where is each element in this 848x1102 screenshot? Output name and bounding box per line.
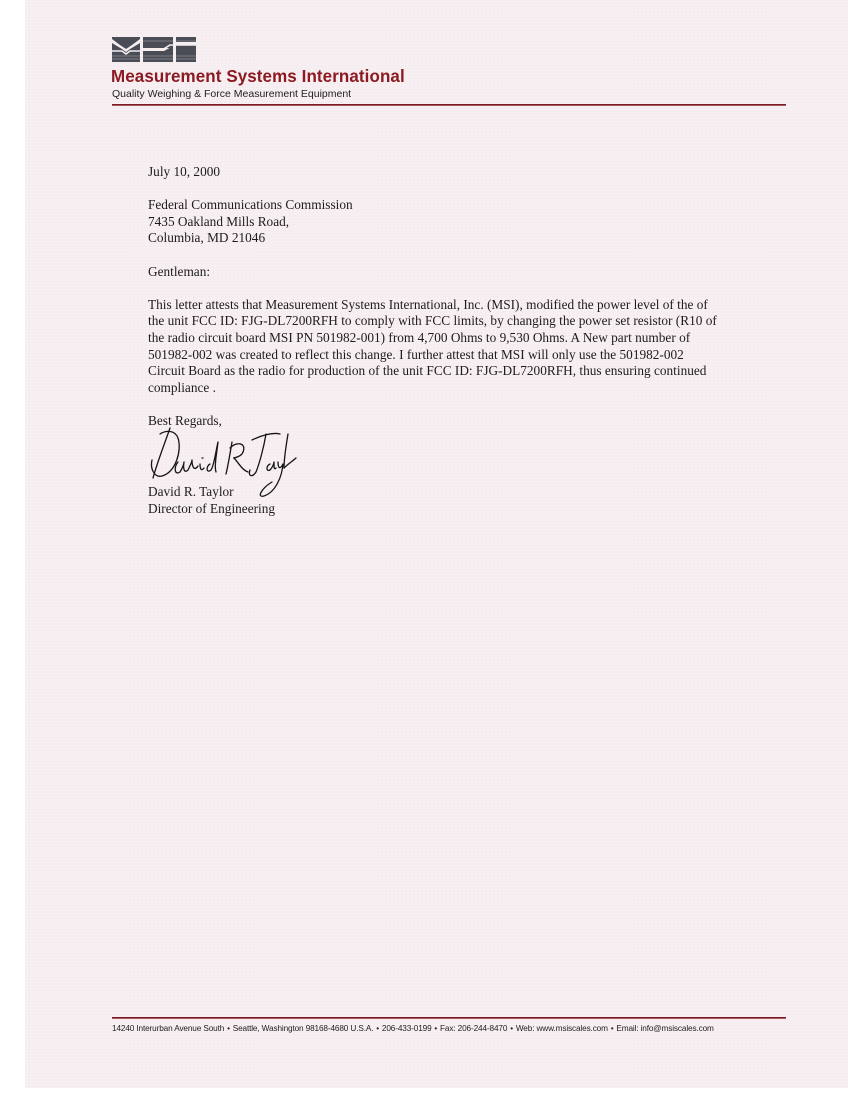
company-tagline: Quality Weighing & Force Measurement Equ…	[112, 88, 351, 100]
footer-separator: •	[227, 1023, 230, 1033]
signer-name: David R. Taylor	[148, 484, 275, 501]
letter-paragraph: This letter attests that Measurement Sys…	[148, 297, 748, 397]
footer-divider	[112, 1017, 786, 1019]
letter-date: July 10, 2000	[148, 164, 748, 181]
footer-fax: Fax: 206-244-8470	[440, 1023, 507, 1033]
footer-address: 14240 Interurban Avenue South	[112, 1023, 224, 1033]
footer-separator: •	[510, 1023, 513, 1033]
recipient-line: 7435 Oakland Mills Road,	[148, 214, 748, 231]
recipient-line: Columbia, MD 21046	[148, 230, 748, 247]
paragraph-line: This letter attests that Measurement Sys…	[148, 297, 748, 314]
footer-phone: 206-433-0199	[382, 1023, 432, 1033]
header-divider	[112, 104, 786, 106]
footer-email: Email: info@msiscales.com	[616, 1023, 713, 1033]
paragraph-line: compliance .	[148, 380, 748, 397]
company-name: Measurement Systems International	[111, 66, 405, 87]
salutation: Gentleman:	[148, 264, 748, 281]
recipient-line: Federal Communications Commission	[148, 197, 748, 214]
paragraph-line: 501982-002 was created to reflect this c…	[148, 347, 748, 364]
footer-separator: •	[434, 1023, 437, 1033]
signer-title: Director of Engineering	[148, 501, 275, 518]
letter-body: July 10, 2000 Federal Communications Com…	[148, 164, 748, 430]
msi-logo-icon	[112, 37, 196, 62]
paragraph-line: the unit FCC ID: FJG-DL7200RFH to comply…	[148, 313, 748, 330]
footer-separator: •	[376, 1023, 379, 1033]
signer-block: David R. Taylor Director of Engineering	[148, 484, 275, 517]
footer-city: Seattle, Washington 98168-4680 U.S.A.	[233, 1023, 374, 1033]
footer-contact: 14240 Interurban Avenue South•Seattle, W…	[112, 1023, 774, 1033]
footer-web: Web: www.msiscales.com	[516, 1023, 608, 1033]
paragraph-line: the radio circuit board MSI PN 501982-00…	[148, 330, 748, 347]
paragraph-line: Circuit Board as the radio for productio…	[148, 363, 748, 380]
footer-separator: •	[611, 1023, 614, 1033]
